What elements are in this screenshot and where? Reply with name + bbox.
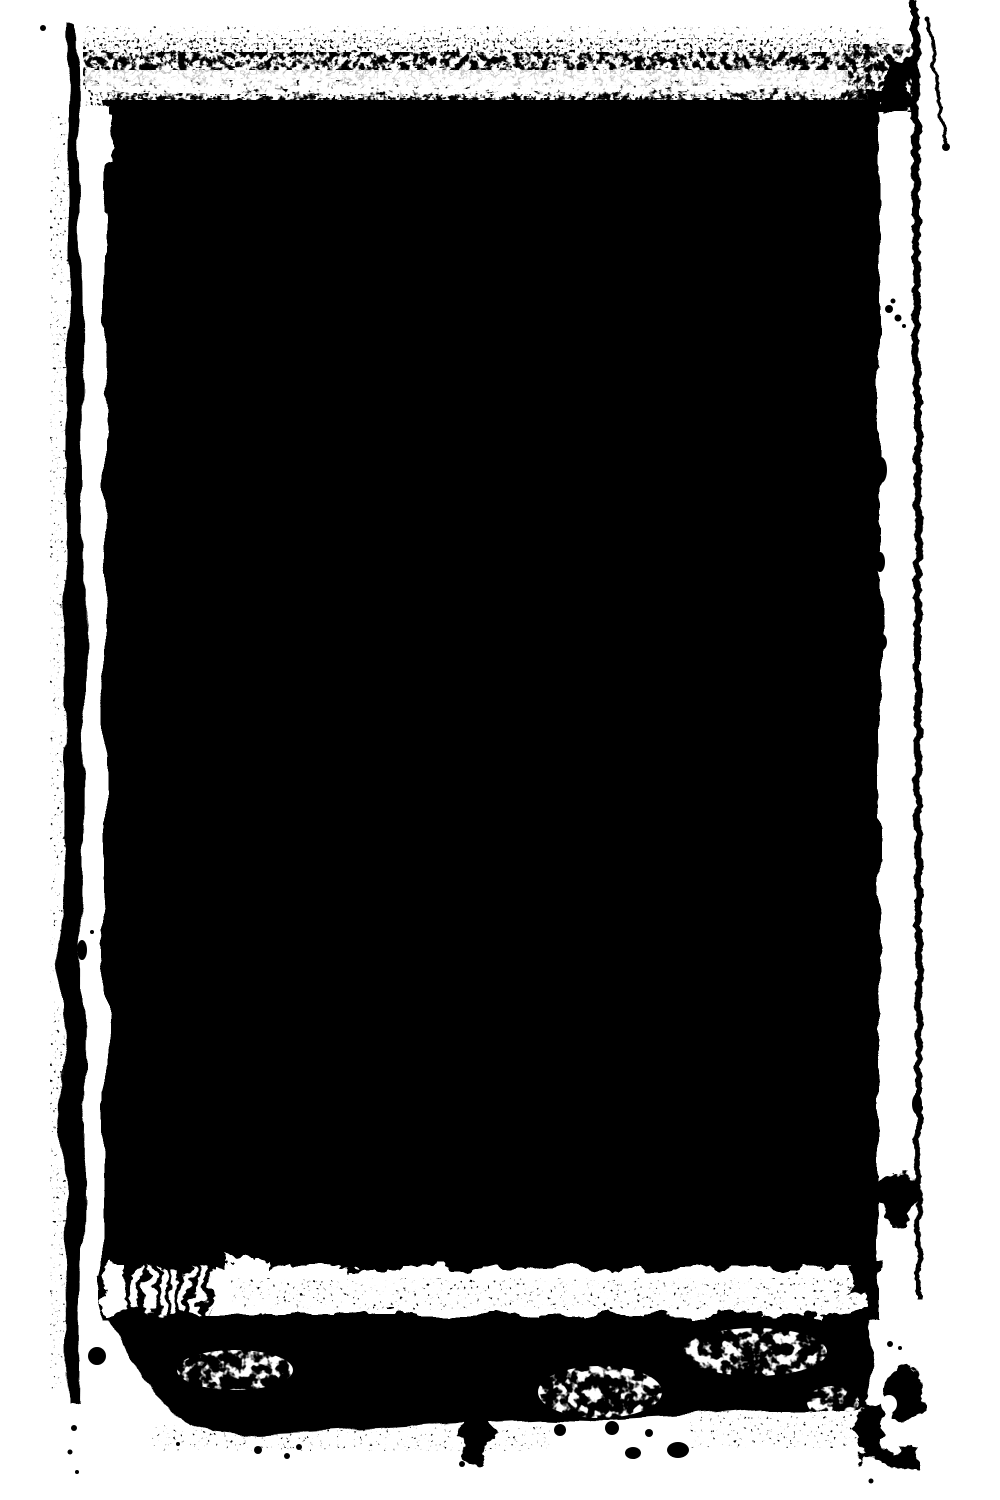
scratch-dot <box>925 17 930 22</box>
speck <box>75 1470 79 1474</box>
speck <box>176 1442 180 1446</box>
speck <box>554 1424 566 1436</box>
edge-bump <box>877 634 887 650</box>
speck <box>885 305 893 313</box>
speck <box>667 1442 689 1458</box>
speck <box>869 1479 874 1484</box>
speck <box>254 1446 262 1454</box>
comb-first-blob <box>105 1264 124 1314</box>
edge-bump <box>875 552 885 572</box>
scratch-end-blob <box>942 143 950 151</box>
corner-blob-notch <box>881 1395 897 1413</box>
pool-drip <box>459 1408 490 1470</box>
left-border-bar <box>50 20 87 1404</box>
speck <box>887 1341 893 1347</box>
connector-blob <box>884 58 912 110</box>
main-ink-field <box>100 92 880 1320</box>
speck <box>40 25 46 31</box>
left-bar-bump <box>77 940 87 960</box>
diagonal-scratch <box>925 17 951 152</box>
speck <box>891 299 896 304</box>
speck <box>71 1425 77 1431</box>
top-white-stripe <box>85 70 870 110</box>
edge-bump <box>875 457 887 483</box>
speck <box>902 324 906 328</box>
speck <box>895 315 902 322</box>
speck <box>645 1429 653 1437</box>
speck <box>88 1347 106 1365</box>
ink-pool <box>106 1318 874 1470</box>
speck <box>90 930 94 934</box>
speck <box>898 1346 902 1350</box>
speck <box>296 1444 302 1450</box>
speck <box>284 1453 290 1459</box>
pool-mottle <box>177 1350 293 1390</box>
white-band-bump <box>224 1258 270 1274</box>
pool-mottle <box>683 1328 827 1376</box>
left-channel <box>82 108 104 1272</box>
right-line-blob <box>876 1172 920 1222</box>
speck <box>605 1421 619 1435</box>
left-channel-top-patch <box>79 112 111 162</box>
top-right-connector <box>848 44 914 112</box>
stripe-bottom-ragged <box>90 94 870 110</box>
speck <box>625 1447 641 1459</box>
stripe-grain-3 <box>100 76 840 96</box>
band-black-bridge <box>851 1261 879 1289</box>
white-band-speckle <box>230 1278 860 1310</box>
right-line-lump <box>912 1094 922 1114</box>
pool-mottle <box>538 1366 662 1418</box>
ink-print-artwork <box>0 0 1000 1500</box>
scratch-stroke <box>928 20 946 147</box>
artwork-canvas <box>0 0 1000 1500</box>
speck <box>459 1461 465 1467</box>
speck <box>68 1450 73 1455</box>
pool-under-spray <box>690 1408 870 1448</box>
